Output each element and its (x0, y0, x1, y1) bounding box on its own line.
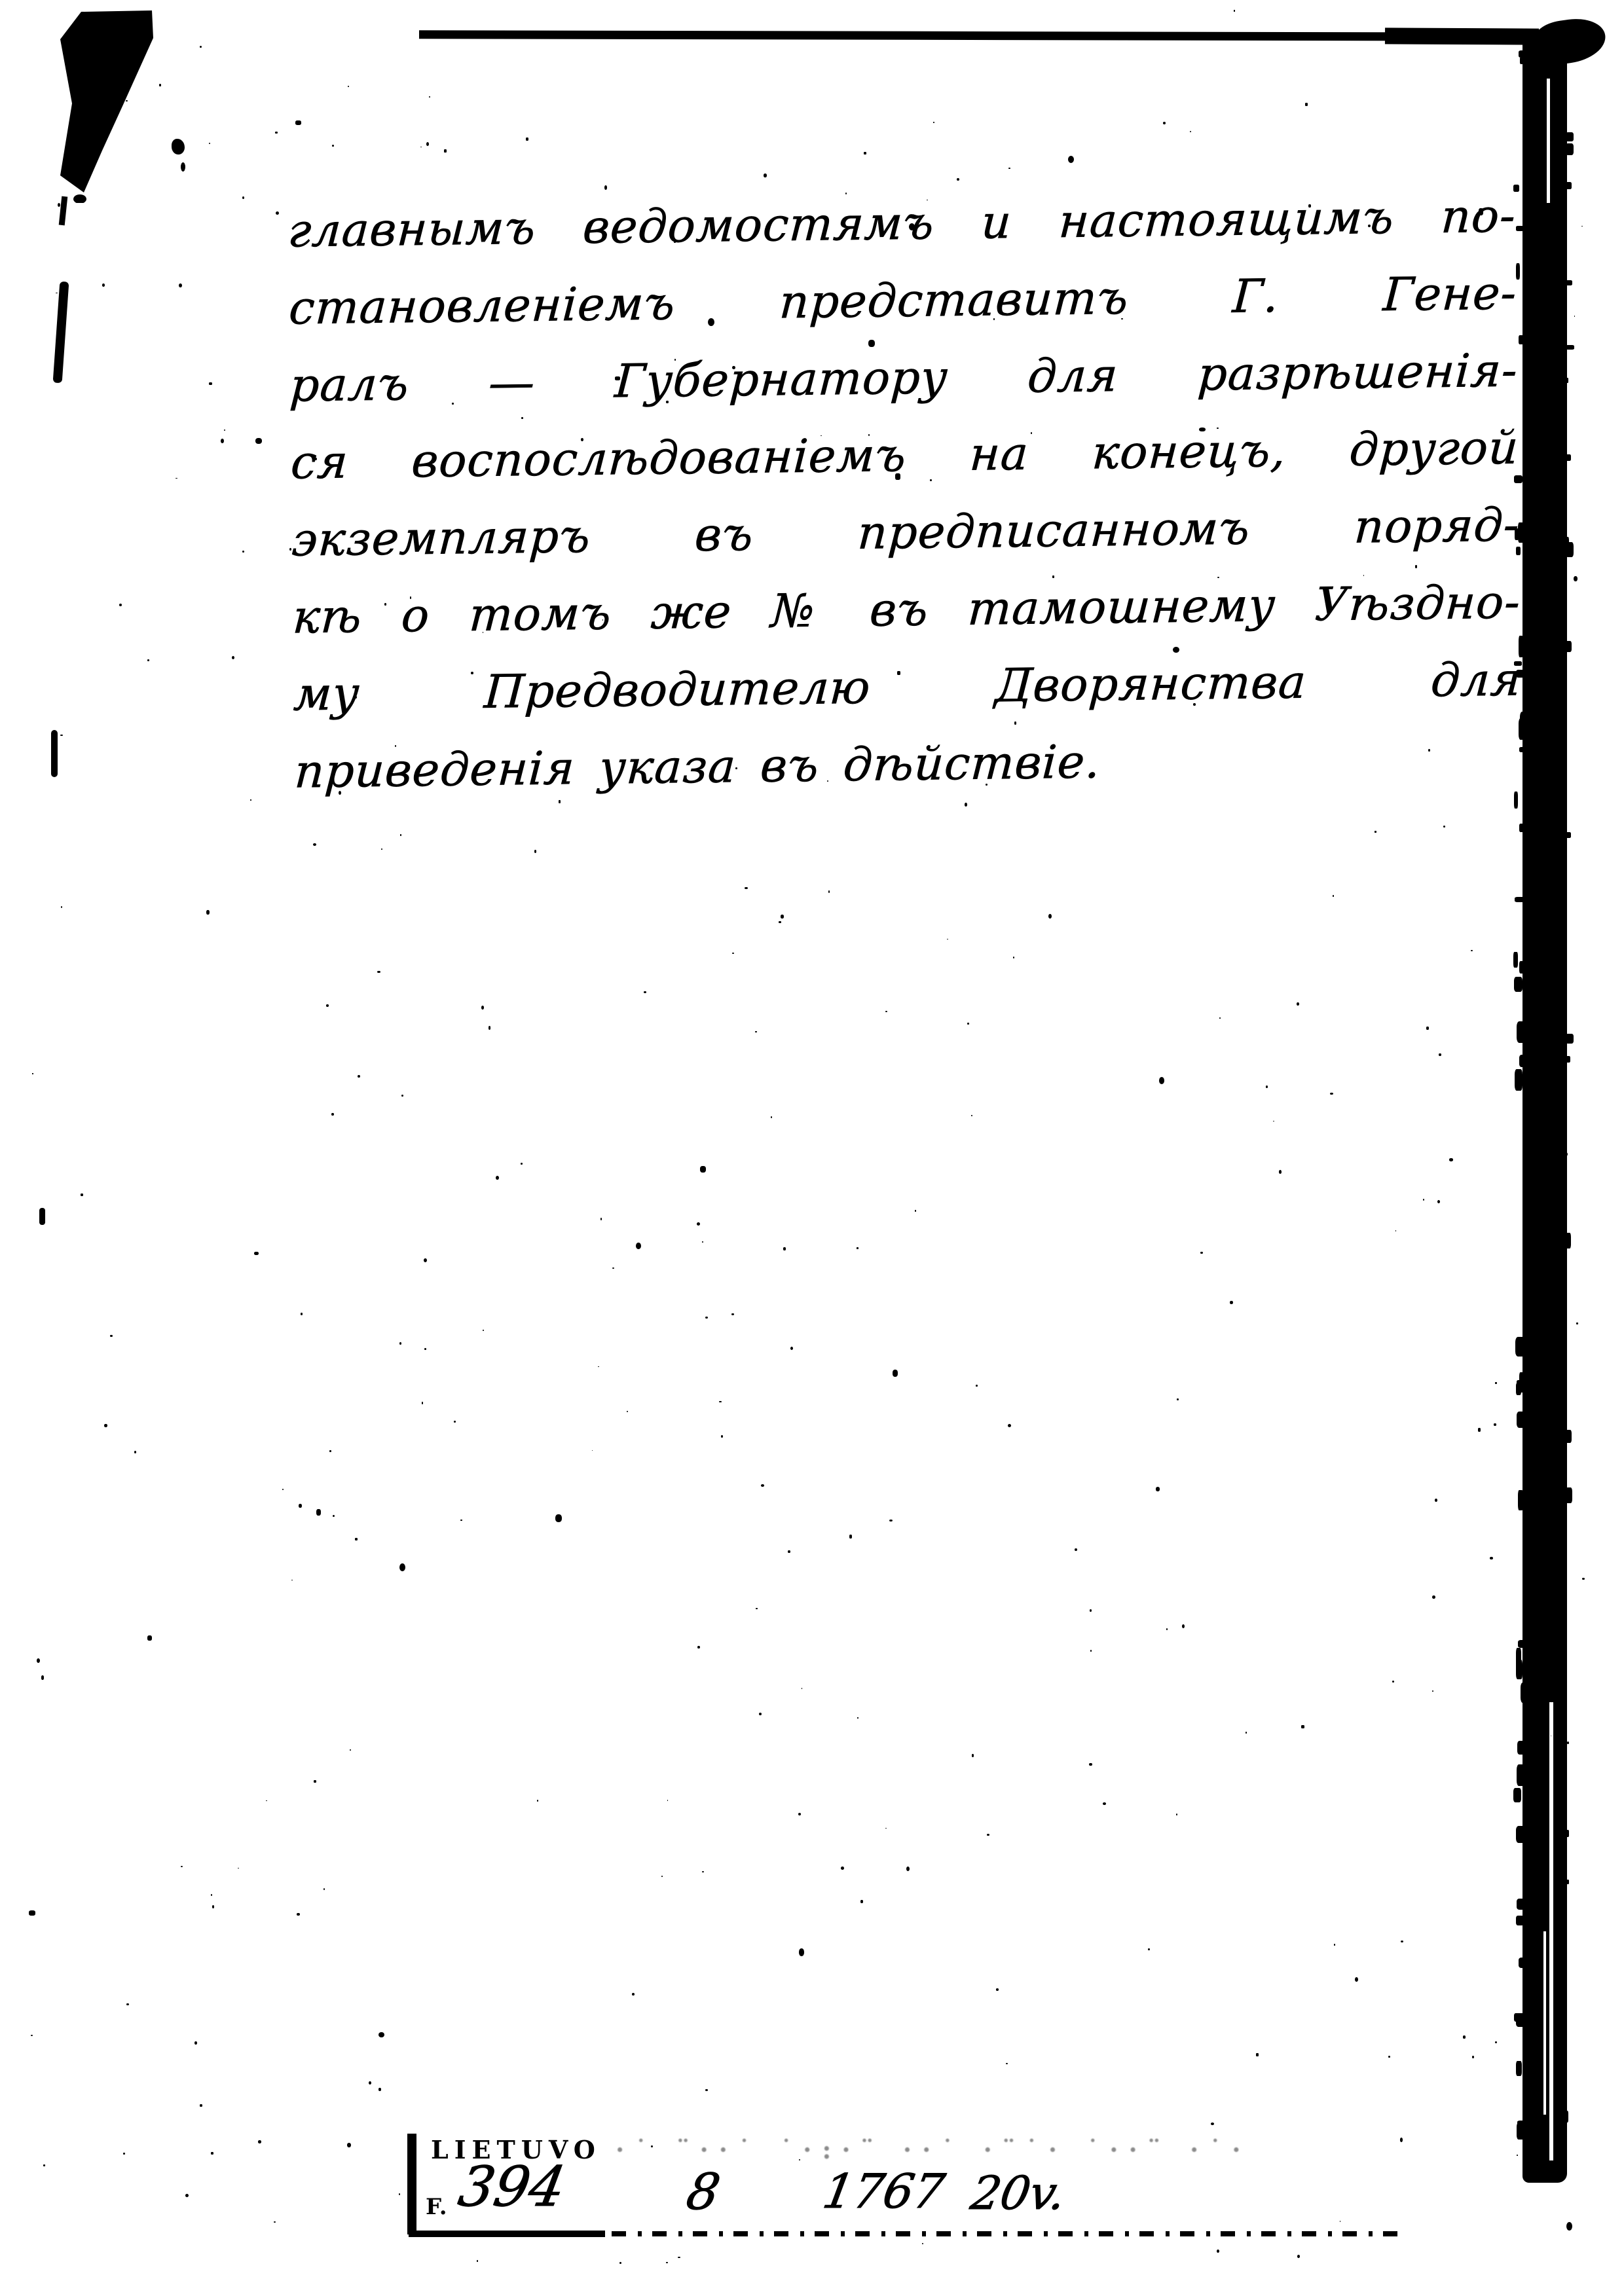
noise-speck (1566, 1487, 1572, 1503)
noise-speck (534, 850, 537, 853)
noise-speck (255, 438, 262, 444)
noise-speck (314, 1780, 316, 1783)
noise-speck (1514, 661, 1521, 666)
noise-speck (377, 971, 380, 974)
noise-speck (274, 2221, 276, 2223)
noise-speck (897, 671, 900, 675)
noise-speck (1566, 132, 1574, 141)
noise-speck (81, 1194, 83, 1197)
noise-speck (1052, 575, 1054, 578)
noise-speck (332, 145, 335, 147)
noise-speck (1566, 378, 1568, 383)
noise-speck (1516, 263, 1520, 280)
noise-speck (1516, 1660, 1522, 1679)
noise-speck (1519, 50, 1528, 58)
noise-speck (206, 910, 210, 915)
noise-speck (788, 1550, 790, 1554)
stamp-bottom-border-solid (409, 2231, 605, 2237)
noise-speck (1432, 1595, 1435, 1599)
noise-speck (933, 122, 934, 122)
noise-speck (857, 1717, 858, 1719)
noise-speck (745, 887, 748, 889)
noise-speck (1190, 131, 1191, 132)
noise-speck (489, 1026, 491, 1030)
noise-speck (1517, 1764, 1526, 1786)
noise-speck (759, 1713, 762, 1716)
noise-speck (1193, 703, 1195, 706)
noise-speck (965, 803, 968, 807)
noise-speck (957, 178, 959, 181)
manuscript-line: главнымъ ведомостямъ и настоящимъ по- (286, 177, 1519, 270)
noise-speck (947, 939, 948, 940)
noise-speck (483, 632, 484, 632)
noise-speck (29, 1910, 35, 1916)
noise-speck (1513, 952, 1517, 968)
noise-speck (1308, 204, 1311, 208)
noise-speck (1516, 670, 1525, 678)
noise-speck (358, 1075, 360, 1078)
noise-speck (32, 1073, 33, 1074)
noise-speck (1566, 540, 1568, 551)
noise-speck (1515, 1069, 1522, 1090)
noise-speck (224, 429, 225, 431)
noise-speck (1567, 1741, 1570, 1744)
noise-speck (678, 2257, 680, 2258)
noise-speck (732, 953, 734, 954)
noise-speck (333, 1515, 335, 1517)
noise-speck (1479, 208, 1483, 215)
noise-speck (1166, 1628, 1168, 1630)
stamp-fond-label: F. (426, 2194, 447, 2220)
noise-speck (291, 1580, 293, 1581)
noise-speck (1521, 1683, 1529, 1703)
noise-speck (666, 401, 669, 403)
noise-speck (1449, 1158, 1453, 1161)
noise-speck (1495, 1382, 1496, 1384)
noise-speck (1103, 1802, 1105, 1805)
noise-speck (175, 478, 177, 479)
noise-speck (232, 656, 234, 659)
noise-speck (627, 1411, 628, 1412)
noise-speck (301, 1313, 303, 1315)
noise-speck (331, 1113, 333, 1116)
noise-speck (719, 1401, 721, 1402)
noise-speck (1516, 1916, 1524, 1926)
noise-speck (1400, 2138, 1403, 2142)
noise-speck (1048, 914, 1052, 919)
noise-speck (909, 223, 915, 230)
noise-speck (882, 602, 883, 604)
noise-speck (1514, 977, 1522, 992)
noise-speck (799, 1948, 805, 1956)
noise-speck (1566, 454, 1571, 461)
noise-speck (993, 318, 995, 320)
noise-speck (1566, 143, 1574, 155)
noise-speck (1516, 226, 1524, 231)
noise-speck (1514, 2013, 1521, 2022)
noise-speck (1519, 636, 1523, 657)
noise-speck (1330, 1093, 1333, 1095)
noise-speck (1514, 792, 1518, 809)
noise-speck (1031, 432, 1032, 434)
noise-speck (1375, 831, 1376, 833)
noise-speck (299, 1504, 301, 1508)
noise-speck (1393, 462, 1395, 463)
noise-speck (1495, 2041, 1497, 2043)
noise-speck (1463, 2035, 1466, 2038)
noise-speck (275, 132, 278, 134)
noise-speck (1008, 168, 1010, 169)
noise-speck (857, 1247, 858, 1248)
noise-speck (615, 376, 620, 380)
noise-speck (1514, 475, 1522, 483)
noise-speck (1472, 2056, 1474, 2058)
binding-edge-strip (1522, 35, 1567, 2183)
binding-sliver (1543, 1931, 1546, 2115)
noise-speck (329, 1450, 331, 1452)
noise-speck (31, 2035, 32, 2035)
noise-speck (1563, 685, 1565, 687)
noise-speck (1518, 1490, 1522, 1510)
noise-speck (1515, 897, 1526, 902)
noise-speck (764, 173, 767, 177)
noise-speck (348, 86, 349, 87)
noise-speck (1574, 576, 1578, 582)
noise-speck (598, 1366, 599, 1368)
noise-speck (452, 403, 454, 404)
noise-speck (1368, 225, 1370, 227)
noise-speck (1443, 826, 1445, 828)
noise-speck (56, 293, 57, 294)
noise-speck (110, 1335, 112, 1337)
noise-speck (600, 1218, 602, 1220)
manuscript-line: экземпляръ въ предписанномъ поряд- (289, 486, 1522, 578)
noise-speck (1515, 1337, 1526, 1357)
corner-tear-mark (55, 7, 166, 203)
noise-speck (258, 2140, 261, 2143)
noise-speck (1516, 2061, 1521, 2076)
noise-speck (893, 1370, 898, 1376)
noise-speck (429, 96, 430, 98)
noise-speck (1566, 1830, 1569, 1837)
noise-speck (147, 1635, 151, 1641)
noise-speck (1182, 1624, 1185, 1628)
noise-speck (790, 1347, 793, 1350)
noise-speck (460, 1520, 462, 1521)
noise-speck (1090, 1609, 1092, 1612)
manuscript-line: ся воспослѣдованіемъ на конецъ, другой (289, 409, 1521, 501)
noise-speck (798, 1813, 801, 1815)
noise-speck (1566, 1233, 1571, 1248)
noise-speck (378, 2088, 381, 2090)
noise-speck (1533, 1093, 1535, 1095)
noise-speck (212, 1905, 214, 1908)
noise-speck (475, 2181, 476, 2183)
noise-speck (1217, 2250, 1219, 2253)
noise-speck (350, 1749, 351, 1751)
noise-speck (410, 596, 411, 598)
noise-speck (1518, 1640, 1529, 1648)
noise-speck (1230, 1301, 1232, 1304)
noise-speck (444, 149, 447, 153)
noise-speck (102, 283, 105, 286)
noise-speck (242, 551, 244, 553)
noise-speck (1156, 1487, 1160, 1491)
noise-speck (841, 1867, 844, 1870)
noise-speck (1148, 1948, 1149, 1950)
noise-speck (559, 800, 561, 803)
noise-speck (915, 1210, 916, 1212)
stamp-fond-number: 394 (454, 2155, 570, 2219)
noise-speck (1090, 1650, 1092, 1652)
noise-speck (849, 1535, 853, 1539)
noise-speck (1432, 1690, 1434, 1692)
noise-speck (537, 1800, 538, 1802)
noise-speck (1566, 1034, 1574, 1044)
top-edge-scan-line (419, 30, 1536, 41)
noise-speck (1520, 712, 1528, 733)
noise-speck (126, 2003, 129, 2006)
noise-speck (282, 1489, 284, 1491)
noise-speck (289, 548, 291, 551)
noise-speck (401, 1095, 403, 1097)
noise-speck (612, 1267, 614, 1269)
noise-speck (799, 2159, 800, 2160)
noise-speck (967, 1023, 970, 1025)
noise-speck (1478, 1428, 1481, 1432)
noise-speck (179, 283, 181, 287)
noise-speck (194, 2041, 197, 2045)
noise-speck (521, 417, 523, 419)
noise-speck (568, 308, 571, 310)
noise-speck (60, 735, 63, 737)
noise-speck (1513, 185, 1519, 192)
noise-speck (1519, 1958, 1530, 1968)
noise-speck (1159, 1077, 1164, 1084)
noise-speck (1279, 1170, 1282, 1173)
noise-speck (254, 1252, 259, 1255)
noise-speck (697, 1646, 700, 1649)
noise-speck (666, 2262, 668, 2263)
noise-speck (1576, 1322, 1578, 1324)
stamp-left-border (407, 2134, 416, 2234)
noise-speck (355, 1538, 358, 1540)
noise-speck (1520, 57, 1524, 64)
noise-speck (1388, 2056, 1390, 2058)
noise-speck (756, 1608, 757, 1609)
noise-speck (1121, 318, 1122, 319)
noise-speck (1517, 1899, 1527, 1910)
noise-speck (477, 2260, 478, 2261)
noise-speck (211, 1894, 213, 1896)
noise-speck (481, 1006, 484, 1009)
noise-speck (1574, 316, 1576, 316)
noise-speck (1217, 428, 1219, 429)
noise-speck (555, 1514, 561, 1522)
noise-speck (1471, 950, 1473, 951)
noise-speck (276, 211, 279, 215)
stamp-file-number: 1767 (819, 2164, 949, 2219)
noise-speck (41, 1675, 45, 1679)
noise-speck (1566, 2222, 1572, 2231)
noise-speck (1566, 345, 1574, 350)
noise-speck (422, 1402, 423, 1404)
noise-speck (755, 1031, 756, 1032)
noise-speck (1075, 1548, 1077, 1551)
manuscript-text-block: главнымъ ведомостямъ и настоящимъ по- ст… (287, 177, 1522, 811)
noise-speck (238, 1868, 239, 1868)
noise-speck (147, 659, 149, 661)
scanned-page: главнымъ ведомостямъ и настоящимъ по- ст… (0, 0, 1624, 2296)
noise-speck (592, 1450, 593, 1451)
noise-speck (250, 799, 251, 801)
noise-speck (731, 1313, 734, 1315)
manuscript-line: становленіемъ представитъ Г. Гене- (287, 255, 1519, 347)
binding-sliver (1549, 1702, 1553, 2160)
noise-speck (1014, 721, 1016, 725)
noise-speck (1519, 335, 1523, 344)
noise-speck (1435, 1499, 1438, 1502)
noise-speck (1517, 1021, 1528, 1042)
noise-speck (1068, 156, 1074, 163)
noise-speck (1200, 1252, 1202, 1254)
noise-speck (702, 1241, 703, 1243)
noise-speck (1013, 957, 1014, 958)
noise-speck (1437, 1200, 1440, 1203)
noise-speck (889, 1520, 892, 1522)
noise-speck (779, 921, 781, 923)
noise-speck (976, 1385, 978, 1387)
noise-speck (1524, 1321, 1526, 1321)
noise-speck (705, 2089, 708, 2092)
noise-speck (1566, 832, 1571, 838)
noise-speck (313, 843, 316, 846)
noise-speck (783, 1247, 786, 1250)
noise-speck (895, 473, 900, 480)
noise-speck (1516, 1826, 1526, 1843)
noise-speck (209, 382, 212, 386)
noise-speck (399, 2193, 401, 2195)
noise-speck (1234, 10, 1235, 12)
noise-speck (1581, 226, 1583, 227)
noise-speck (1490, 1557, 1492, 1559)
noise-speck (347, 2143, 351, 2147)
noise-speck (697, 1222, 700, 1226)
noise-speck (761, 1484, 764, 1486)
noise-speck (1516, 547, 1520, 555)
noise-speck (1355, 1977, 1358, 1982)
noise-speck (420, 147, 422, 147)
noise-speck (906, 1867, 910, 1871)
noise-speck (1176, 1813, 1177, 1815)
manuscript-line: приведенія указа въ дѣйствіе. (293, 723, 1057, 810)
noise-speck (426, 142, 429, 146)
noise-speck (1519, 747, 1528, 752)
noise-speck (181, 1866, 183, 1867)
noise-speck (104, 1424, 107, 1427)
noise-speck (1246, 1732, 1247, 1733)
stamp-series-number: 8 (682, 2162, 724, 2221)
noise-speck (735, 767, 738, 769)
ink-blot (181, 162, 185, 172)
noise-speck (297, 1913, 299, 1916)
noise-speck (885, 1011, 887, 1012)
noise-speck (930, 479, 932, 482)
noise-speck (209, 143, 211, 144)
noise-speck (1566, 182, 1572, 189)
manuscript-line: ралъ — Губернатору для разрѣшенія- (288, 332, 1521, 424)
noise-speck (424, 1348, 426, 1350)
noise-speck (705, 1317, 708, 1319)
noise-speck (400, 834, 401, 836)
noise-speck (1297, 1002, 1300, 1006)
noise-speck (636, 1243, 640, 1249)
noise-speck (295, 120, 301, 125)
noise-speck (1555, 1647, 1558, 1651)
manuscript-line: кѣ о томъ же № въ тамошнему Уѣздно- (291, 563, 1523, 655)
noise-speck (1566, 1880, 1569, 1884)
noise-speck (1518, 522, 1524, 543)
noise-speck (1219, 1017, 1221, 1019)
noise-speck (700, 1166, 706, 1173)
noise-speck (454, 1421, 456, 1423)
noise-speck (868, 340, 875, 347)
noise-speck (1519, 824, 1524, 831)
left-edge-mark (53, 282, 69, 384)
noise-speck (159, 84, 162, 86)
noise-speck (860, 1900, 864, 1904)
binding-sliver (1547, 79, 1550, 203)
noise-speck (58, 203, 60, 207)
stamp-folio-number: 20v. (967, 2166, 1070, 2220)
noise-speck (1566, 280, 1572, 285)
noise-speck (185, 2194, 189, 2197)
noise-speck (922, 2243, 923, 2244)
noise-speck (526, 137, 528, 141)
noise-speck (221, 439, 223, 443)
noise-speck (1426, 1027, 1429, 1030)
noise-speck (1582, 1578, 1585, 1580)
noise-speck (1566, 641, 1572, 652)
noise-speck (1549, 412, 1551, 414)
noise-speck (1439, 1053, 1441, 1056)
noise-speck (1517, 2121, 1528, 2126)
ink-blot (172, 139, 185, 155)
noise-speck (37, 1658, 40, 1663)
noise-speck (399, 1563, 406, 1571)
noise-speck (200, 46, 202, 48)
noise-speck (1517, 2155, 1518, 2156)
noise-speck (1566, 2111, 1568, 2123)
noise-speck (1494, 1423, 1496, 1425)
top-edge-scan-line-thick (1385, 27, 1539, 45)
noise-speck (1256, 2053, 1258, 2056)
noise-speck (1008, 1424, 1011, 1427)
noise-speck (1517, 1387, 1523, 1393)
noise-speck (123, 2153, 125, 2155)
noise-speck (1566, 1056, 1570, 1063)
noise-speck (781, 915, 784, 919)
noise-speck (885, 1828, 887, 1829)
noise-speck (864, 152, 866, 155)
noise-speck (1333, 895, 1334, 897)
noise-speck (1395, 1230, 1397, 1231)
noise-speck (1177, 1398, 1179, 1400)
noise-speck (1519, 1055, 1528, 1067)
noise-speck (619, 2262, 621, 2264)
noise-speck (632, 1993, 635, 1995)
noise-speck (1211, 2123, 1214, 2125)
